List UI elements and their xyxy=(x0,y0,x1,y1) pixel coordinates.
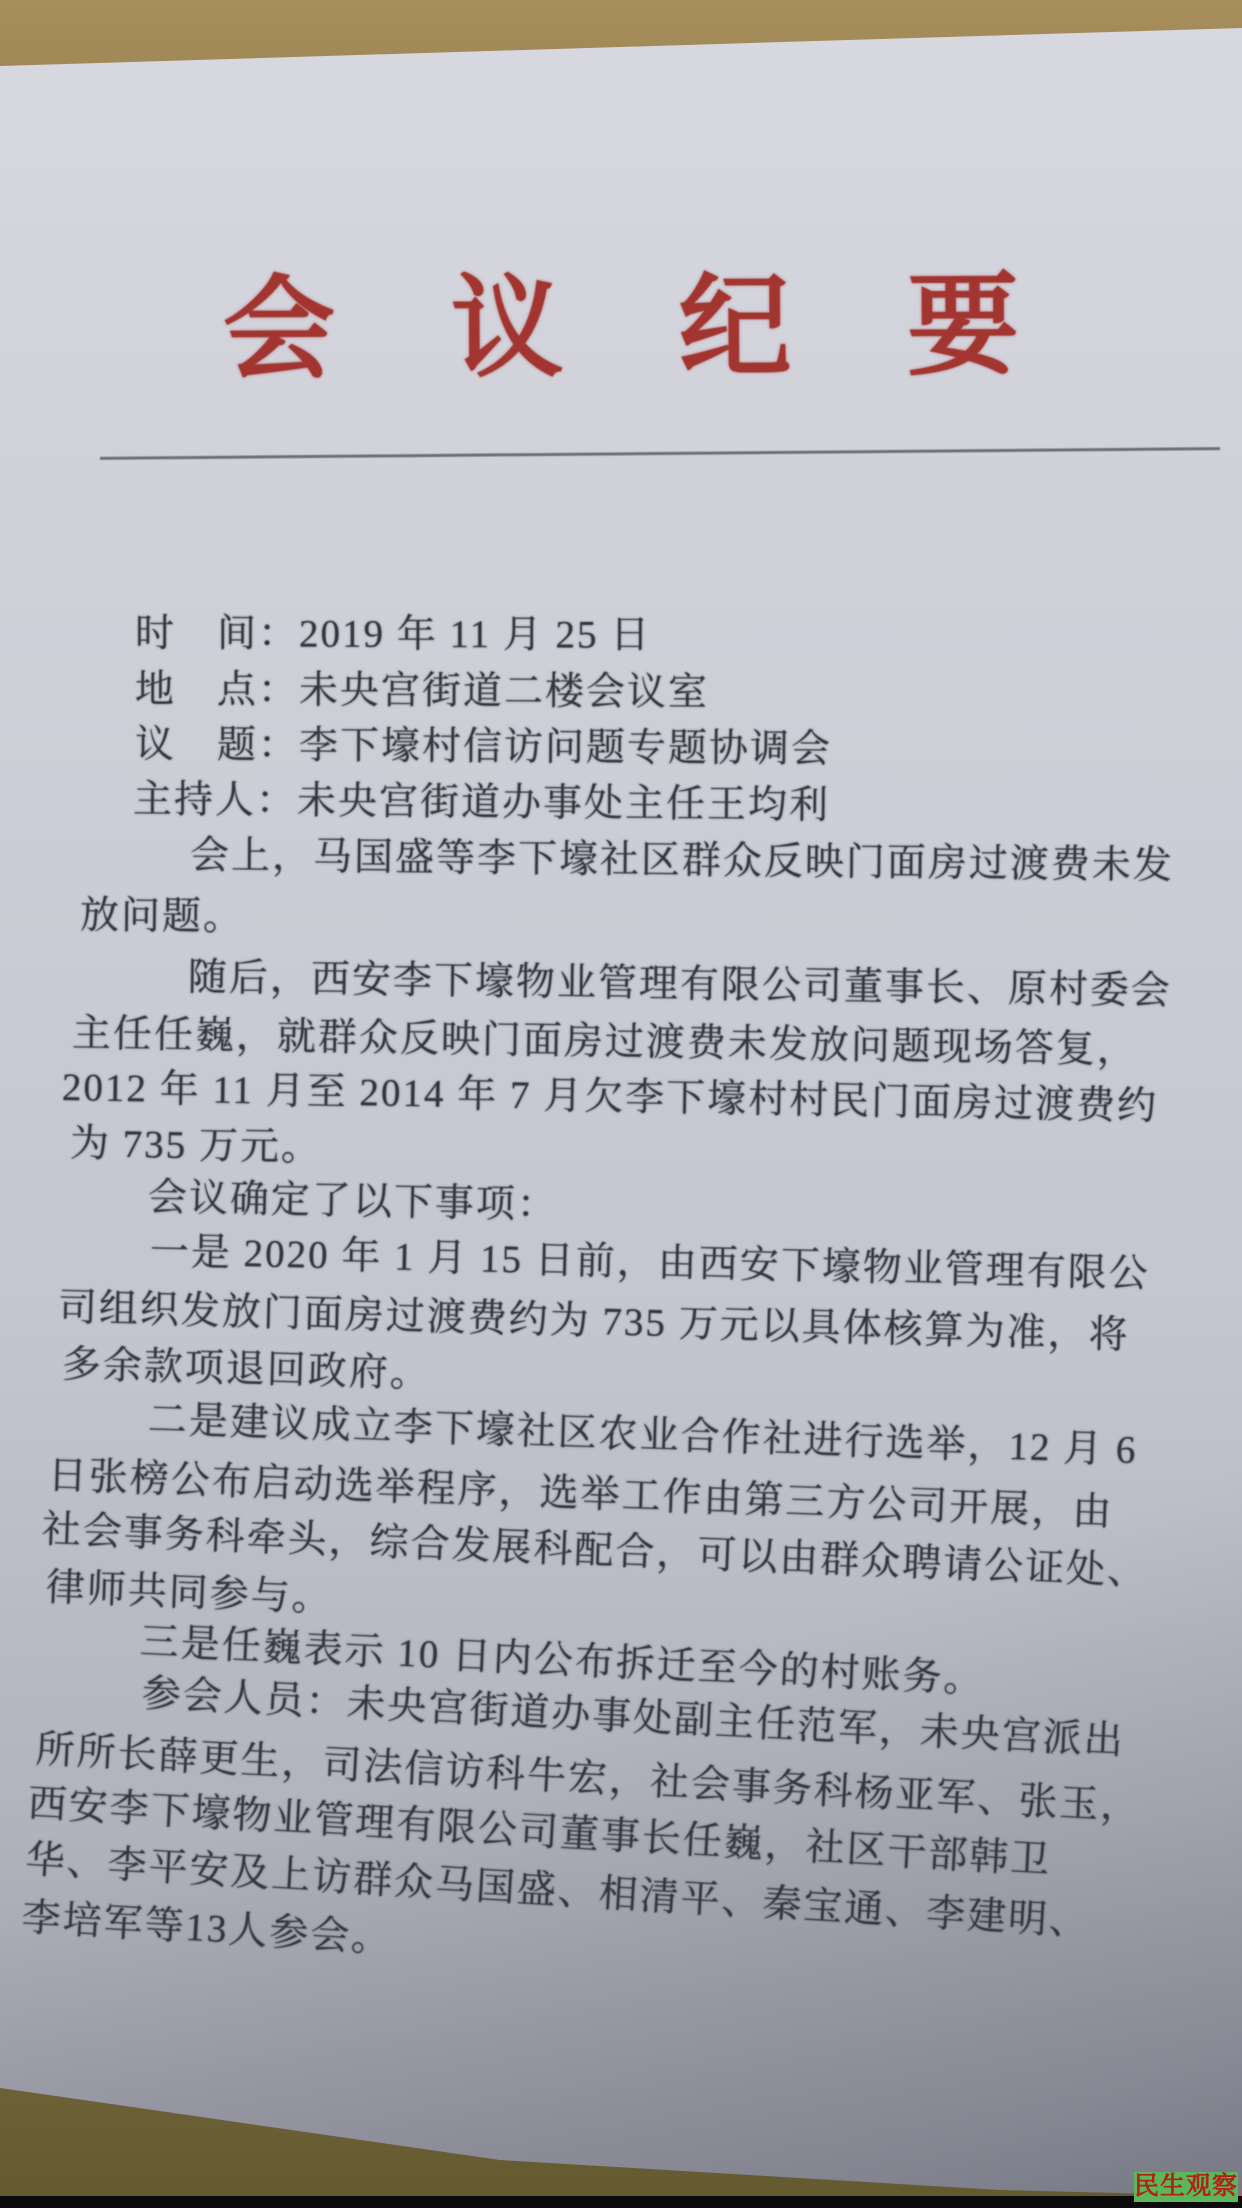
doc-line-time: 时 间：2019 年 11 月 25 日 xyxy=(135,602,652,660)
watermark-badge: 民生观察 xyxy=(1134,2172,1238,2202)
title-underline xyxy=(100,447,1220,460)
doc-line: 为 735 万元。 xyxy=(70,1112,323,1172)
doc-line: 放问题。 xyxy=(80,884,245,942)
bottom-black-bar xyxy=(0,2196,1242,2208)
doc-line-topic: 议 题：李下壕村信访问题专题协调会 xyxy=(135,713,832,774)
document-title: 会 议 纪 要 xyxy=(0,235,1242,403)
doc-line: 会议确定了以下事项： xyxy=(147,1166,558,1230)
doc-line-host: 主持人：未央宫街道办事处主任王均利 xyxy=(133,768,830,830)
doc-line-place: 地 点：未央宫街道二楼会议室 xyxy=(135,658,709,717)
document-content: 会 议 纪 要 时 间：2019 年 11 月 25 日 地 点：未央宫街道二楼… xyxy=(0,0,1242,2208)
doc-line: 多余款项退回政府。 xyxy=(61,1333,431,1399)
photo-of-document: 会 议 纪 要 时 间：2019 年 11 月 25 日 地 点：未央宫街道二楼… xyxy=(0,0,1242,2208)
doc-line: 会上，马国盛等李下壕社区群众反映门面房过渡费未发 xyxy=(190,824,1175,890)
